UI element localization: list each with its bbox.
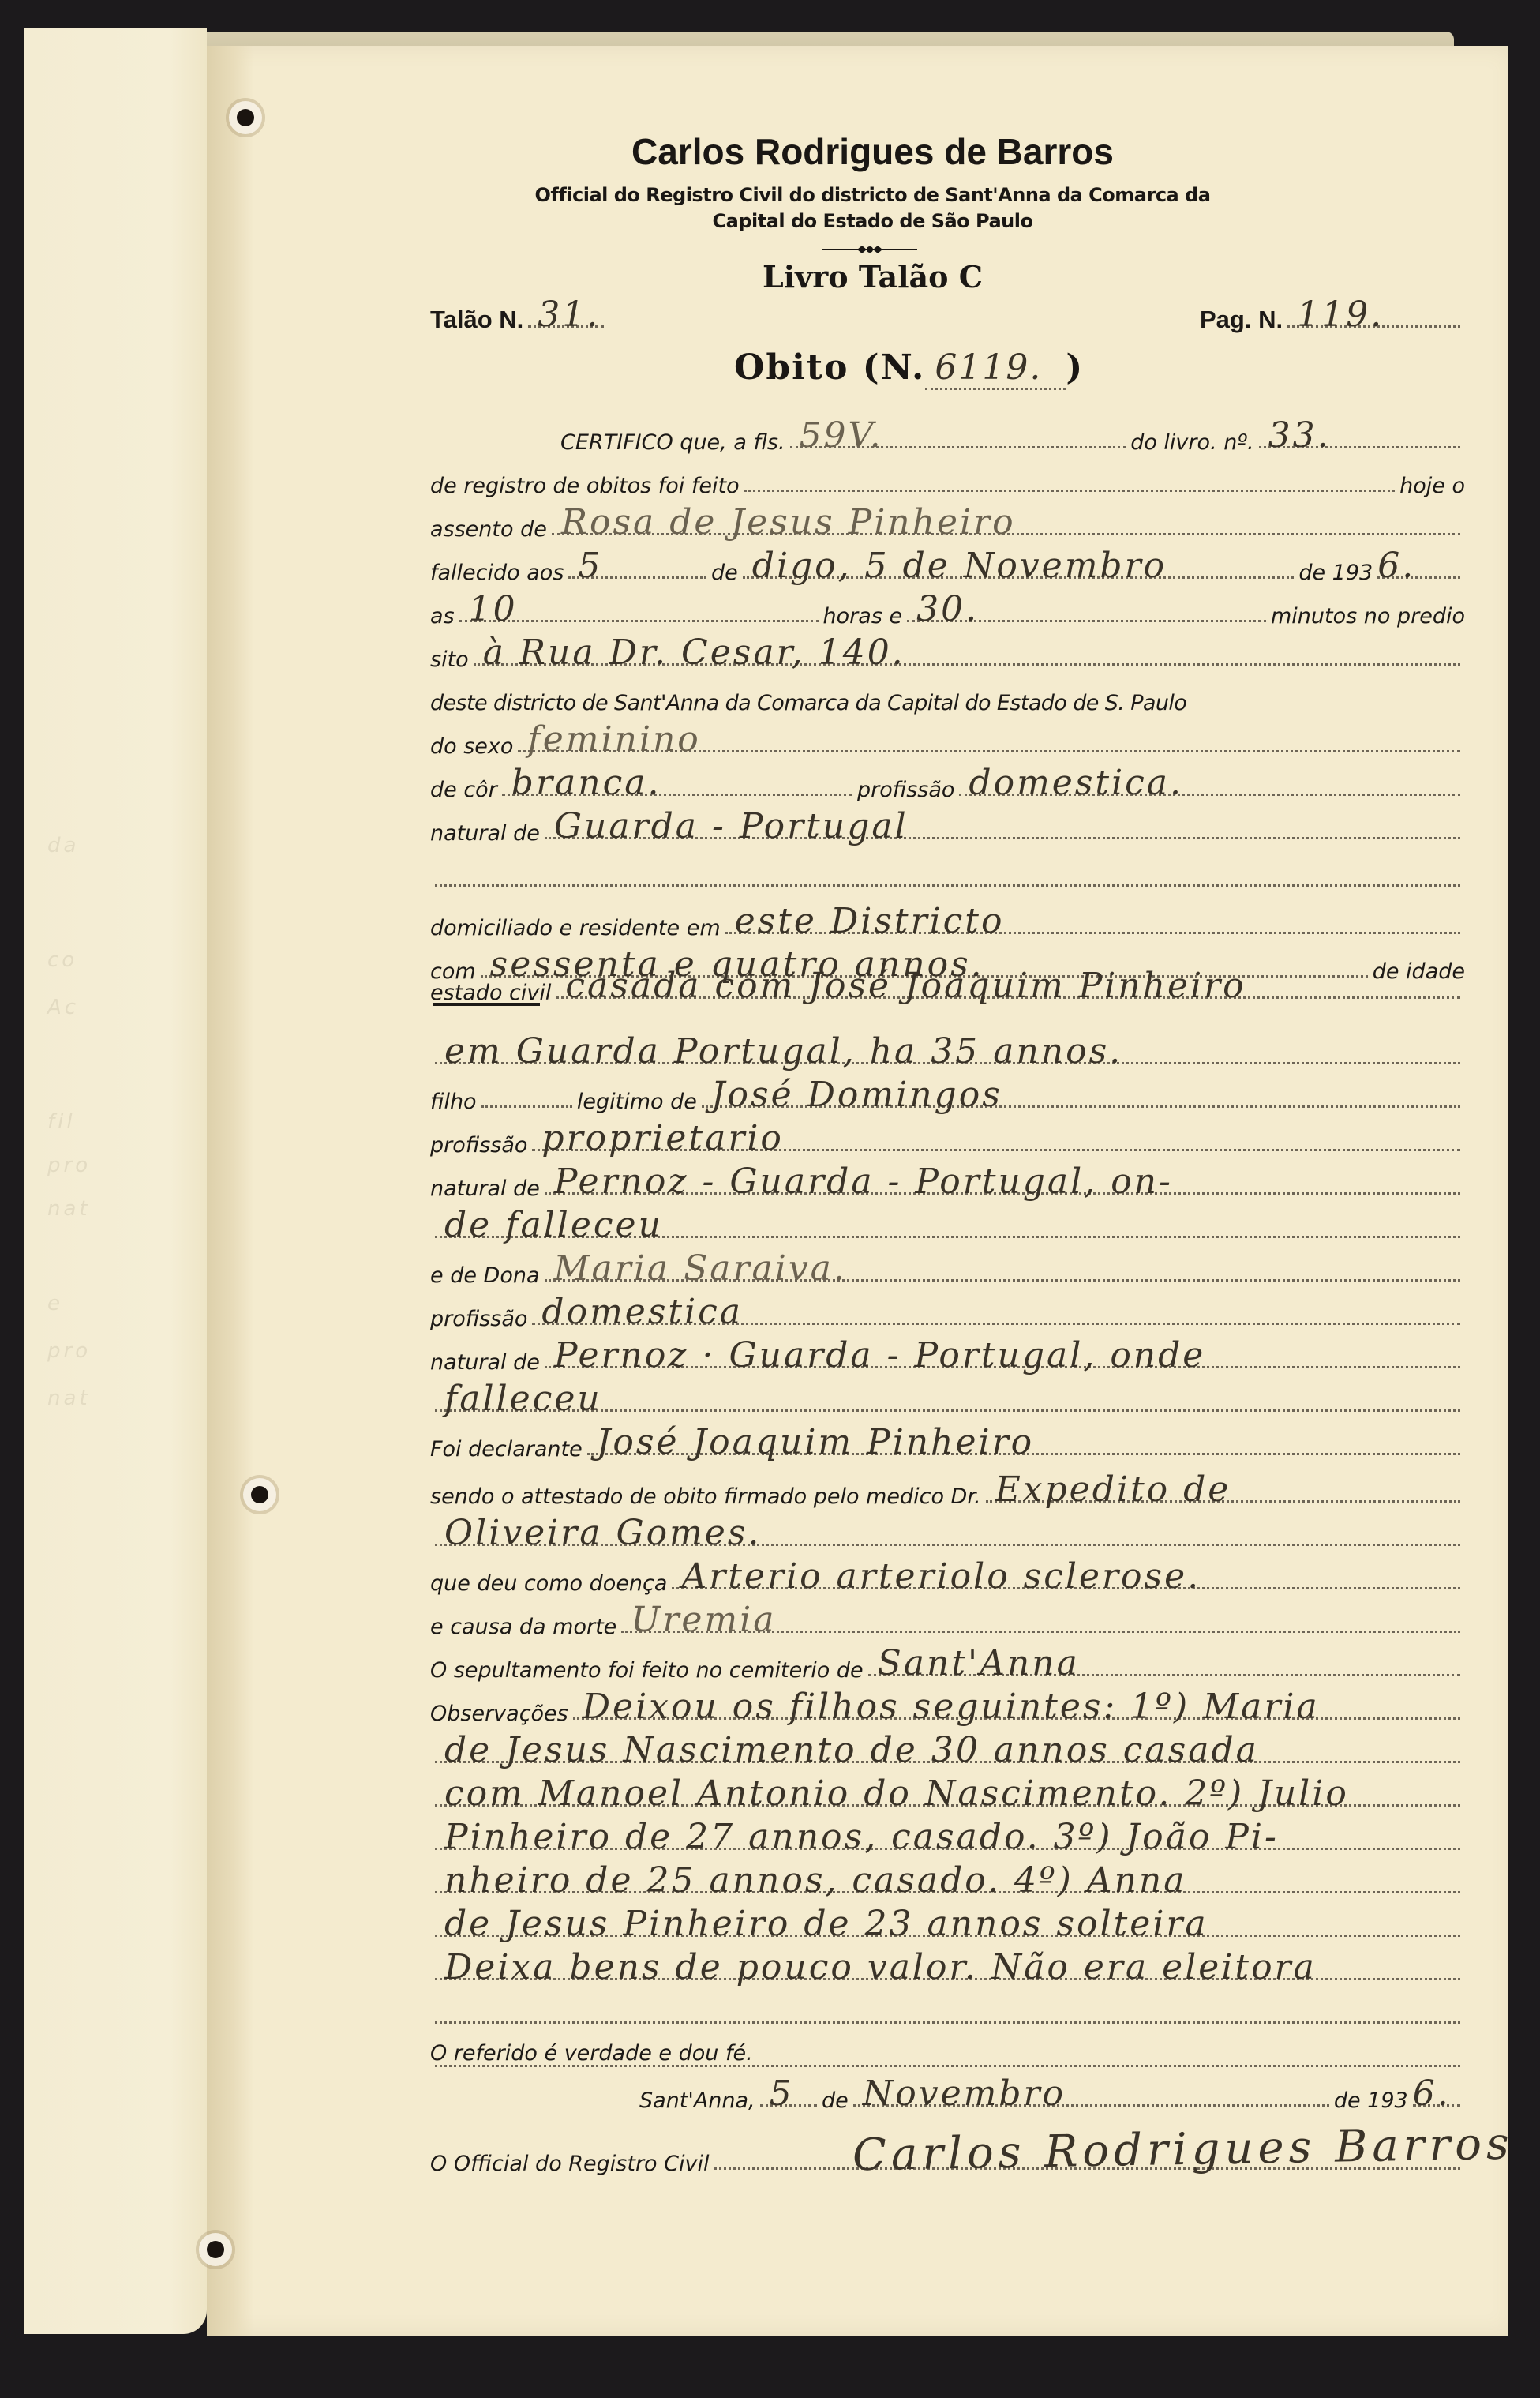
observacoes-line-row: Pinheiro de 27 annos, casado. 3º) João P… [430, 1818, 1465, 1861]
fallecido-row: fallecido aos 5 de digo, 5 de Novembro d… [430, 547, 1465, 590]
fallecido-day: 5 [578, 546, 602, 586]
mae-natural-cont: falleceu [444, 1379, 602, 1419]
sepultamento-label: O sepultamento foi feito no cemiterio de [430, 1658, 864, 1687]
medico-field: Expedito de [986, 1469, 1460, 1503]
pai-natural-label: natural de [430, 1176, 540, 1206]
observacoes-line-row: de Jesus Pinheiro de 23 annos solteira [430, 1905, 1465, 1948]
obito-label: Obito (N. [734, 347, 925, 388]
talao-value: 31. [538, 295, 600, 335]
domiciliado-label: domiciliado e residente em [430, 916, 721, 945]
assento-value: Rosa de Jesus Pinheiro [561, 502, 1016, 542]
ano-value: 6. [1377, 546, 1415, 586]
pai-natural-value: Pernoz - Guarda - Portugal, on- [554, 1161, 1173, 1202]
mae-natural-cont-field: falleceu [435, 1378, 1460, 1412]
talao-row: Talão N. 31. [430, 296, 609, 339]
data-ano-value: 6. [1413, 2073, 1451, 2114]
horas-value: 10 [469, 589, 518, 629]
natural-field: Guarda - Portugal [545, 805, 1460, 839]
mae-label: e de Dona [430, 1263, 540, 1293]
observacoes-line: com Manoel Antonio do Nascimento. 2º) Ju… [444, 1773, 1349, 1814]
data-mes-field: Novembro [853, 2073, 1329, 2107]
official-label: O Official do Registro Civil [430, 2152, 710, 2181]
declarante-field: José Joaquim Pinheiro [587, 1421, 1460, 1455]
sito-label: sito [430, 647, 469, 677]
estado-civil-underline [433, 1003, 540, 1006]
mae-field: Maria Saraiva. [545, 1248, 1461, 1282]
death-certificate: Carlos Rodrigues de Barros Official do R… [0, 0, 1540, 2398]
obito-close: ) [1066, 347, 1084, 388]
sepultamento-field: Sant'Anna [868, 1642, 1460, 1676]
pai-value: José Domingos [711, 1075, 1002, 1115]
livro-value: 33. [1268, 415, 1331, 456]
pai-natural-cont-field: de falleceu [435, 1204, 1460, 1238]
pai-natural-cont: de falleceu [444, 1205, 663, 1245]
assento-row: assento de Rosa de Jesus Pinheiro [430, 504, 1465, 546]
estado-civil-value: casada com José Joaquim Pinheiro [565, 966, 1246, 1006]
assento-label: assento de [430, 517, 547, 546]
attestado-label: sendo o attestado de obito firmado pelo … [430, 1484, 981, 1514]
deste-row: deste districto de Sant'Anna da Comarca … [430, 677, 1465, 720]
mae-profissao-row: profissão domestica [430, 1293, 1465, 1336]
profissao-label: profissão [857, 778, 954, 807]
pai-natural-row: natural de Pernoz - Guarda - Portugal, o… [430, 1163, 1465, 1206]
header-line-1: Official do Registro Civil do districto … [0, 184, 1540, 206]
sepultamento-value: Sant'Anna [878, 1643, 1080, 1683]
deste-line: deste districto de Sant'Anna da Comarca … [430, 691, 1186, 720]
causa-row: e causa da morte Uremia [430, 1601, 1465, 1644]
fallecido-de: de [711, 561, 738, 590]
cor-value: branca. [511, 763, 661, 803]
sepultamento-row: O sepultamento foi feito no cemiterio de… [430, 1645, 1465, 1687]
pai-natural-field: Pernoz - Guarda - Portugal, on- [545, 1161, 1460, 1195]
profissao-field: domestica. [959, 762, 1460, 796]
blank-row [430, 855, 1465, 898]
talao-label: Talão N. [430, 306, 523, 339]
mae-profissao-field: domestica [532, 1291, 1460, 1325]
estado-civil-cont-field: em Guarda Portugal, ha 35 annos. [435, 1030, 1460, 1064]
observacoes-field: nheiro de 25 annos, casado. 4º) Anna [435, 1859, 1460, 1893]
filho-field [481, 1074, 572, 1108]
data-row: Sant'Anna, 5 de Novembro de 193 6. [639, 2075, 1465, 2118]
blank-field [435, 853, 1460, 887]
pag-label: Pag. N. [1200, 306, 1283, 339]
mae-profissao-label: profissão [430, 1307, 527, 1336]
fallecido-label: fallecido aos [430, 561, 564, 590]
medico-value: Expedito de [995, 1469, 1231, 1510]
registrar-name: Carlos Rodrigues de Barros [0, 130, 1540, 173]
medico-cont: Oliveira Gomes. [444, 1513, 761, 1553]
horas-label: horas e [823, 604, 903, 633]
observacoes-field: de Jesus Pinheiro de 23 annos solteira [435, 1903, 1460, 1937]
talao-field: 31. [528, 294, 604, 328]
observacoes-row: Observações Deixou os filhos seguintes: … [430, 1688, 1465, 1731]
certifico-label: CERTIFICO que, a fls. [430, 430, 785, 460]
causa-field: Uremia [621, 1599, 1460, 1633]
sexo-value: feminino [527, 719, 700, 760]
mae-profissao-value: domestica [541, 1292, 743, 1332]
data-dia: 5 [770, 2073, 794, 2114]
domiciliado-row: domiciliado e residente em este District… [430, 903, 1465, 945]
doenca-field: Arterio arteriolo sclerose. [672, 1556, 1460, 1589]
observacoes-field: Pinheiro de 27 annos, casado. 3º) João P… [435, 1816, 1460, 1850]
domiciliado-value: este Districto [735, 901, 1005, 941]
minutos-field: 30. [907, 588, 1266, 622]
observacoes-line: Pinheiro de 27 annos, casado. 3º) João P… [444, 1817, 1279, 1857]
estado-civil-cont-row: em Guarda Portugal, ha 35 annos. [430, 1033, 1465, 1075]
minutos-label: minutos no predio [1271, 604, 1465, 633]
mae-natural-field: Pernoz · Guarda - Portugal, onde [545, 1334, 1460, 1368]
mae-natural-row: natural de Pernoz · Guarda - Portugal, o… [430, 1337, 1465, 1379]
registro-row: de registro de obitos foi feito hoje o [430, 460, 1465, 503]
data-ano-label: de 193 [1334, 2088, 1408, 2118]
pag-row: Pag. N. 119. [1200, 296, 1465, 339]
natural-label: natural de [430, 821, 540, 850]
referido-label: O referido é verdade e dou fé. [430, 2041, 753, 2070]
observacoes-field: Deixa bens de pouco valor. Não era eleit… [435, 1946, 1460, 1980]
observacoes-line-row: de Jesus Nascimento de 30 annos casada [430, 1732, 1465, 1774]
fallecido-field: digo, 5 de Novembro [743, 545, 1295, 579]
legitimo-label: legitimo de [577, 1090, 697, 1119]
ornament-divider-icon [822, 246, 917, 253]
observacoes-line: de Jesus Nascimento de 30 annos casada [444, 1730, 1259, 1770]
attestado-row: sendo o attestado de obito firmado pelo … [430, 1471, 1465, 1514]
observacoes-field [435, 1990, 1460, 2024]
causa-value: Uremia [631, 1600, 776, 1640]
pai-profissao-row: profissão proprietario [430, 1120, 1465, 1162]
registro-field [744, 458, 1396, 492]
observacoes-line: nheiro de 25 annos, casado. 4º) Anna [444, 1860, 1186, 1901]
estado-civil-cont: em Guarda Portugal, ha 35 annos. [444, 1031, 1122, 1071]
certifico-row: CERTIFICO que, a fls. 59V. do livro. nº.… [430, 417, 1465, 460]
pai-profissao-label: profissão [430, 1133, 527, 1162]
livro-label: do livro. nº. [1130, 430, 1253, 460]
obito-value: 6119. [925, 347, 1066, 390]
assento-field: Rosa de Jesus Pinheiro [552, 501, 1460, 535]
fls-value: 59V. [800, 415, 883, 456]
estado-civil-row: estado civil casada com José Joaquim Pin… [430, 967, 1465, 1010]
referido-row: O referido é verdade e dou fé. [430, 2028, 1465, 2070]
doenca-value: Arterio arteriolo sclerose. [681, 1556, 1201, 1597]
observacoes-field: de Jesus Nascimento de 30 annos casada [435, 1729, 1460, 1763]
observacoes-field: com Manoel Antonio do Nascimento. 2º) Ju… [435, 1773, 1460, 1807]
obito-number: Obito (N.6119.) [734, 347, 1084, 388]
data-ano-field: 6. [1413, 2073, 1460, 2107]
cor-row: de côr branca. profissão domestica. [430, 764, 1465, 807]
doenca-row: que deu como doença Arterio arteriolo sc… [430, 1558, 1465, 1601]
natural-value: Guarda - Portugal [554, 806, 909, 846]
mae-natural-cont-row: falleceu [430, 1380, 1465, 1423]
pai-profissao-field: proprietario [532, 1117, 1460, 1151]
data-mes: Novembro [863, 2073, 1066, 2114]
data-de: de [822, 2088, 849, 2118]
ano-field: 6. [1377, 545, 1460, 579]
sexo-row: do sexo feminino [430, 721, 1465, 764]
sexo-field: feminino [518, 719, 1460, 752]
pai-profissao-value: proprietario [541, 1118, 784, 1158]
doenca-label: que deu como doença [430, 1571, 667, 1601]
observacoes-line: de Jesus Pinheiro de 23 annos solteira [444, 1904, 1208, 1944]
cor-field: branca. [502, 762, 852, 796]
filho-label: filho [430, 1090, 477, 1119]
profissao-value: domestica. [969, 763, 1183, 803]
mae-natural-value: Pernoz · Guarda - Portugal, onde [554, 1335, 1206, 1375]
local-label: Sant'Anna, [639, 2088, 755, 2118]
observacoes-label: Observações [430, 1702, 568, 1731]
sito-row: sito à Rua Dr. Cesar, 140. [430, 634, 1465, 677]
sito-field: à Rua Dr. Cesar, 140. [474, 632, 1460, 666]
medico-cont-field: Oliveira Gomes. [435, 1512, 1460, 1546]
cor-label: de côr [430, 778, 497, 807]
declarante-row: Foi declarante José Joaquim Pinheiro [430, 1424, 1465, 1466]
minutos-value: 30. [916, 589, 979, 629]
data-dia-field: 5 [760, 2073, 817, 2107]
declarante-label: Foi declarante [430, 1437, 583, 1466]
declarante-value: José Joaquim Pinheiro [597, 1422, 1034, 1462]
observacoes-line-row: nheiro de 25 annos, casado. 4º) Anna [430, 1862, 1465, 1905]
hora-row: as 10 horas e 30. minutos no predio [430, 591, 1465, 633]
sexo-label: do sexo [430, 734, 513, 764]
natural-row: natural de Guarda - Portugal [430, 808, 1465, 850]
pag-value: 119. [1297, 295, 1384, 335]
horas-field: 10 [459, 588, 819, 622]
ano-label: de 193 [1298, 561, 1373, 590]
observacoes-line-row: Deixa bens de pouco valor. Não era eleit… [430, 1949, 1465, 1991]
causa-label: e causa da morte [430, 1615, 616, 1644]
sito-value: à Rua Dr. Cesar, 140. [483, 632, 905, 673]
observacoes-field: Deixou os filhos seguintes: 1º) Maria [573, 1686, 1460, 1720]
book-title: Livro Talão C [0, 259, 1540, 295]
observacoes-line: Deixou os filhos seguintes: 1º) Maria [583, 1687, 1320, 1727]
hoje-label: hoje o [1399, 474, 1465, 503]
mae-value: Maria Saraiva. [554, 1248, 847, 1289]
estado-civil-field: casada com José Joaquim Pinheiro [556, 965, 1460, 999]
fallecido-value: digo, 5 de Novembro [752, 546, 1167, 586]
fallecido-day-field: 5 [568, 545, 706, 579]
medico-cont-row: Oliveira Gomes. [430, 1514, 1465, 1557]
fls-field: 59V. [790, 415, 1126, 448]
livro-field: 33. [1259, 415, 1460, 448]
as-label: as [430, 604, 455, 633]
observacoes-line-row: com Manoel Antonio do Nascimento. 2º) Ju… [430, 1775, 1465, 1818]
header-line-2: Capital do Estado de São Paulo [0, 210, 1540, 232]
domiciliado-field: este Districto [725, 900, 1460, 934]
mae-natural-label: natural de [430, 1350, 540, 1379]
filho-row: filho legitimo de José Domingos [430, 1076, 1465, 1119]
pag-field: 119. [1287, 294, 1460, 328]
registro-label: de registro de obitos foi feito [430, 474, 740, 503]
pai-natural-cont-row: de falleceu [430, 1207, 1465, 1249]
mae-row: e de Dona Maria Saraiva. [430, 1250, 1465, 1293]
pai-field: José Domingos [702, 1074, 1460, 1108]
observacoes-line: Deixa bens de pouco valor. Não era eleit… [444, 1947, 1317, 1987]
